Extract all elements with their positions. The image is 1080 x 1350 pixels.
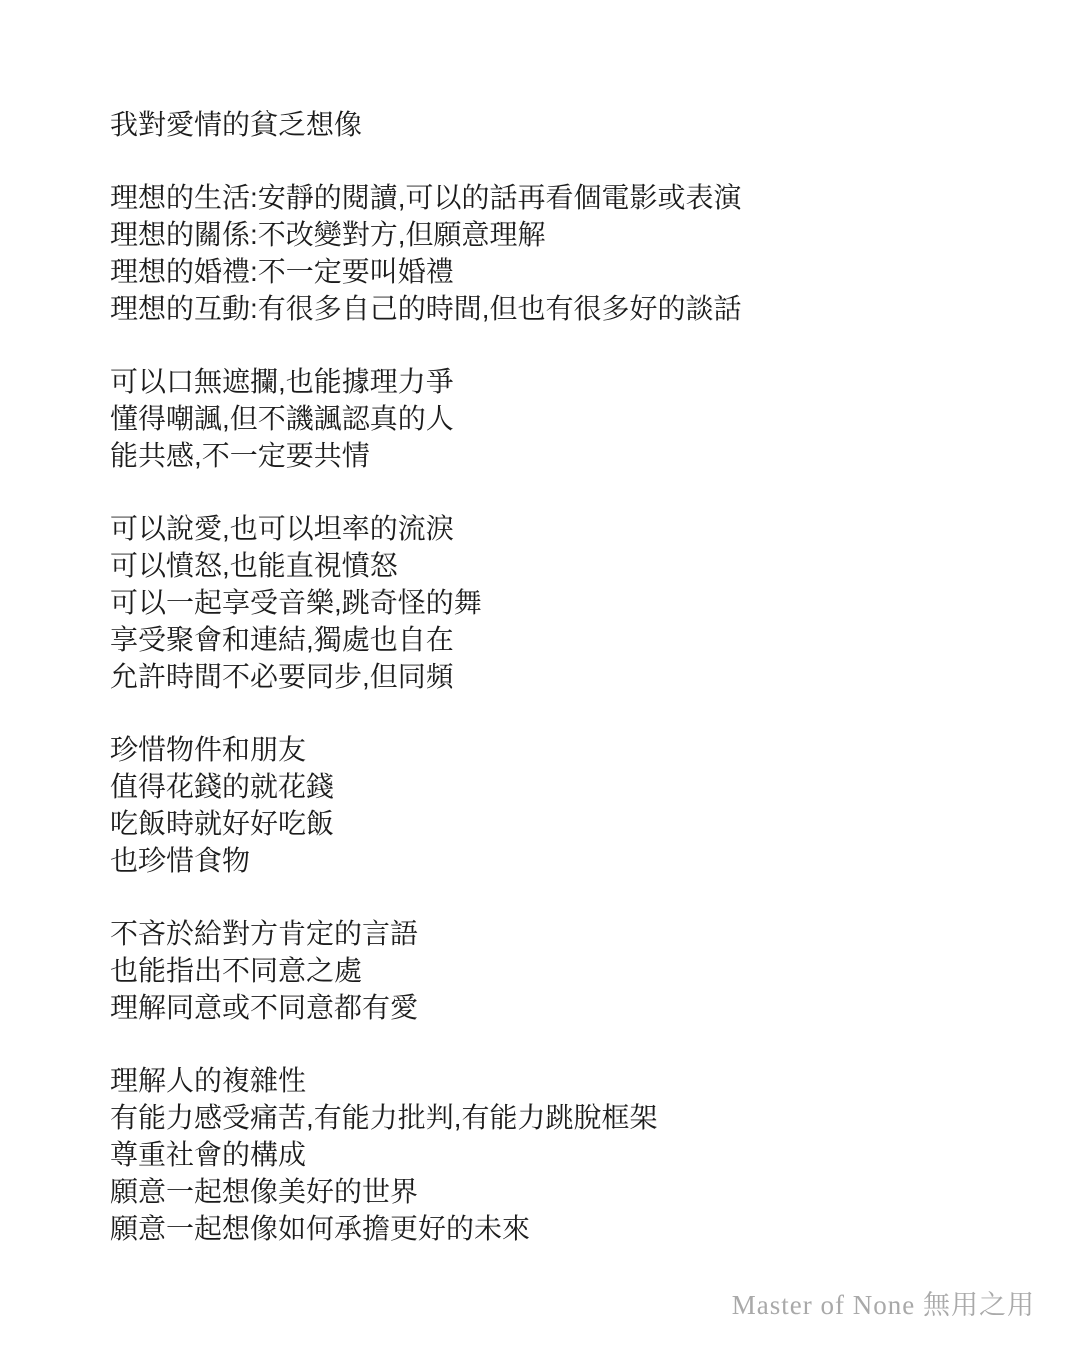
poem-line: 理想的互動:有很多自己的時間,但也有很多好的談話 xyxy=(110,290,990,327)
poem-line: 理想的婚禮:不一定要叫婚禮 xyxy=(110,253,990,290)
poem-line: 願意一起想像如何承擔更好的未來 xyxy=(110,1210,990,1247)
poem-line: 珍惜物件和朋友 xyxy=(110,731,990,768)
poem-line: 可以口無遮攔,也能據理力爭 xyxy=(110,363,990,400)
stanza-understanding: 理解人的複雜性 有能力感受痛苦,有能力批判,有能力跳脫框架 尊重社會的構成 願意… xyxy=(110,1062,990,1247)
poem-line: 吃飯時就好好吃飯 xyxy=(110,805,990,842)
poem-line: 尊重社會的構成 xyxy=(110,1136,990,1173)
poem-line: 願意一起想像美好的世界 xyxy=(110,1173,990,1210)
poem-line: 理解人的複雜性 xyxy=(110,1062,990,1099)
poem-line: 可以憤怒,也能直視憤怒 xyxy=(110,547,990,584)
poem: 我對愛情的貧乏想像 理想的生活:安靜的閱讀,可以的話再看個電影或表演 理想的關係… xyxy=(110,106,990,1283)
poem-line: 也珍惜食物 xyxy=(110,842,990,879)
poem-line: 也能指出不同意之處 xyxy=(110,952,990,989)
stanza-speech: 可以口無遮攔,也能據理力爭 懂得嘲諷,但不譏諷認真的人 能共感,不一定要共情 xyxy=(110,363,990,474)
poem-line: 允許時間不必要同步,但同頻 xyxy=(110,658,990,695)
stanza-cherish: 珍惜物件和朋友 值得花錢的就花錢 吃飯時就好好吃飯 也珍惜食物 xyxy=(110,731,990,879)
poem-line: 可以一起享受音樂,跳奇怪的舞 xyxy=(110,584,990,621)
poem-line: 值得花錢的就花錢 xyxy=(110,768,990,805)
stanza-affirmation: 不吝於給對方肯定的言語 也能指出不同意之處 理解同意或不同意都有愛 xyxy=(110,915,990,1026)
watermark: Master of None 無用之用 xyxy=(732,1283,1035,1322)
poem-line: 可以說愛,也可以坦率的流淚 xyxy=(110,510,990,547)
poem-line: 理解同意或不同意都有愛 xyxy=(110,989,990,1026)
poem-line: 有能力感受痛苦,有能力批判,有能力跳脫框架 xyxy=(110,1099,990,1136)
poem-line: 理想的生活:安靜的閱讀,可以的話再看個電影或表演 xyxy=(110,179,990,216)
document-page: 我對愛情的貧乏想像 理想的生活:安靜的閱讀,可以的話再看個電影或表演 理想的關係… xyxy=(0,0,1080,1350)
stanza-ideals: 理想的生活:安靜的閱讀,可以的話再看個電影或表演 理想的關係:不改變對方,但願意… xyxy=(110,179,990,327)
poem-line: 不吝於給對方肯定的言語 xyxy=(110,915,990,952)
poem-line: 享受聚會和連結,獨處也自在 xyxy=(110,621,990,658)
poem-line: 能共感,不一定要共情 xyxy=(110,437,990,474)
poem-line: 懂得嘲諷,但不譏諷認真的人 xyxy=(110,400,990,437)
poem-title: 我對愛情的貧乏想像 xyxy=(110,106,990,143)
stanza-emotions: 可以說愛,也可以坦率的流淚 可以憤怒,也能直視憤怒 可以一起享受音樂,跳奇怪的舞… xyxy=(110,510,990,695)
poem-line: 理想的關係:不改變對方,但願意理解 xyxy=(110,216,990,253)
